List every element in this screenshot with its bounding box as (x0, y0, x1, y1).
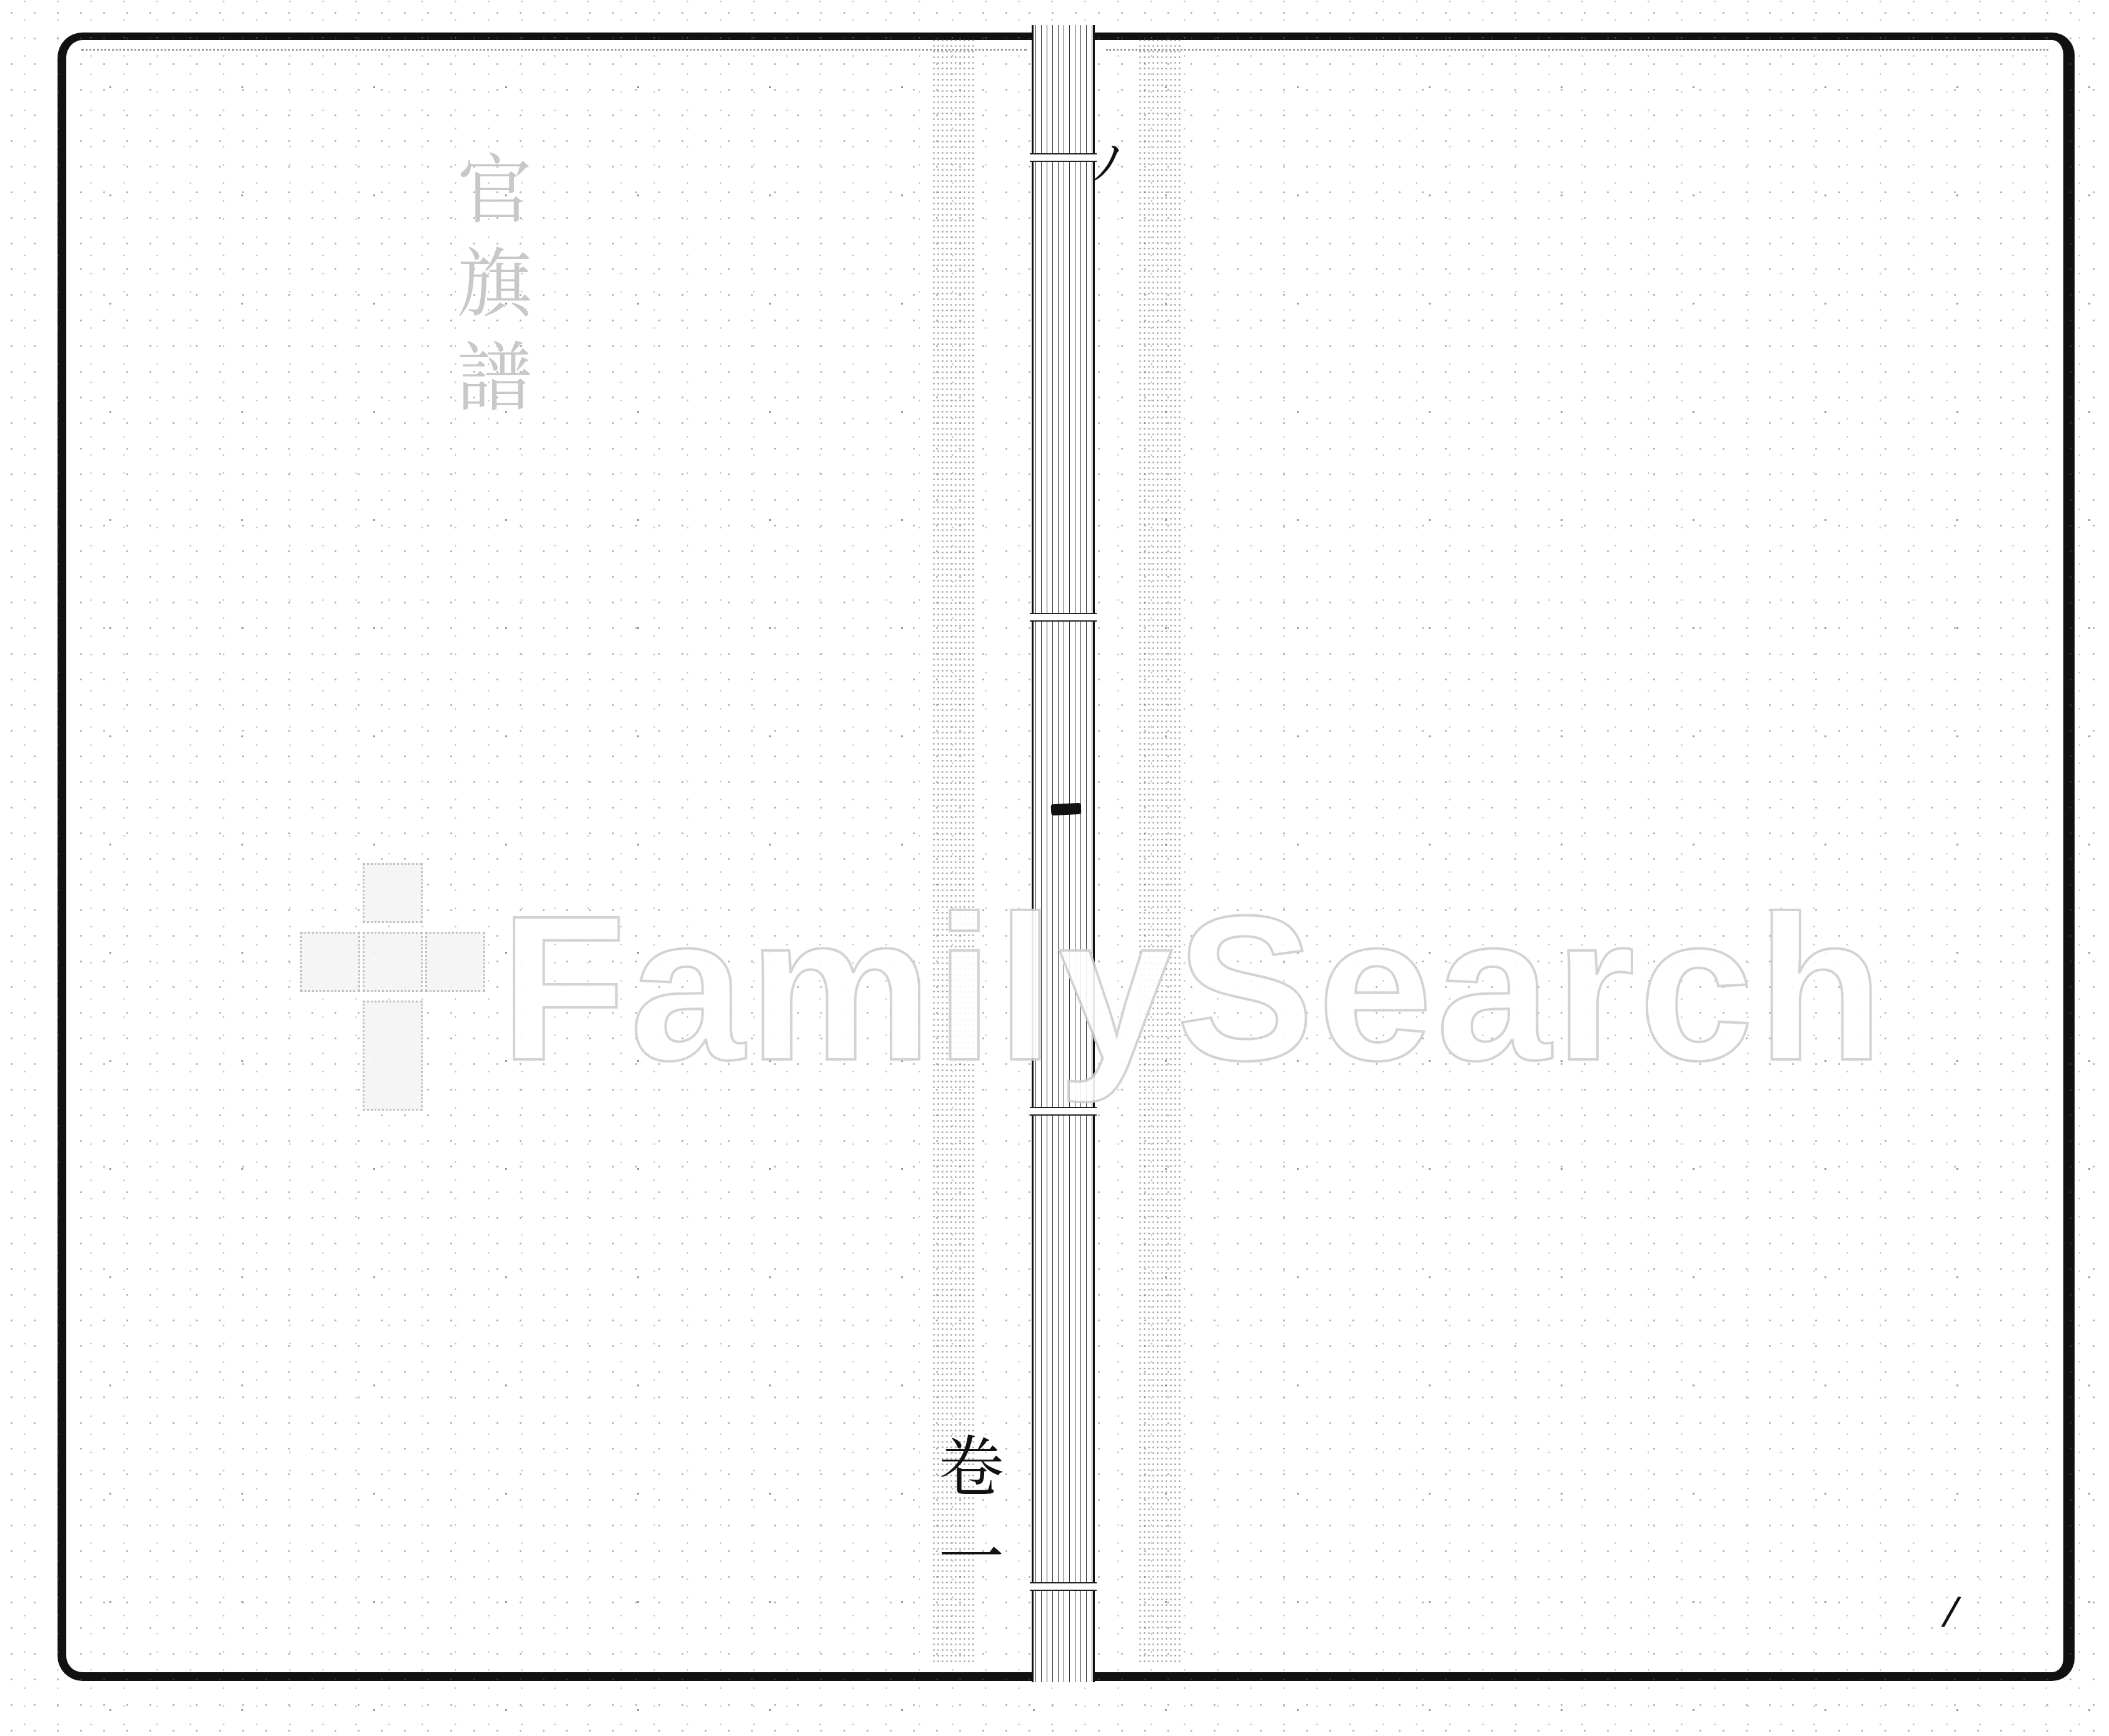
volume-label: 卷一 (919, 1432, 1014, 1613)
scanned-document: 官旗譜 ﾉ 卷一 / FamilySearch (0, 0, 2109, 1736)
watermark-text: FamilySearch (500, 885, 1887, 1091)
book-spine (1032, 25, 1095, 1682)
gutter-shading-left (932, 38, 975, 1663)
watermark: FamilySearch (300, 863, 1887, 1113)
gutter-shading-right (1138, 38, 1182, 1663)
binding-tie (1030, 153, 1097, 162)
ink-mark (1051, 803, 1082, 815)
binding-tie (1030, 613, 1097, 622)
binding-tie (1030, 1582, 1097, 1591)
familysearch-tree-icon (300, 863, 488, 1113)
bleed-through-text: 官旗譜 (450, 150, 525, 431)
